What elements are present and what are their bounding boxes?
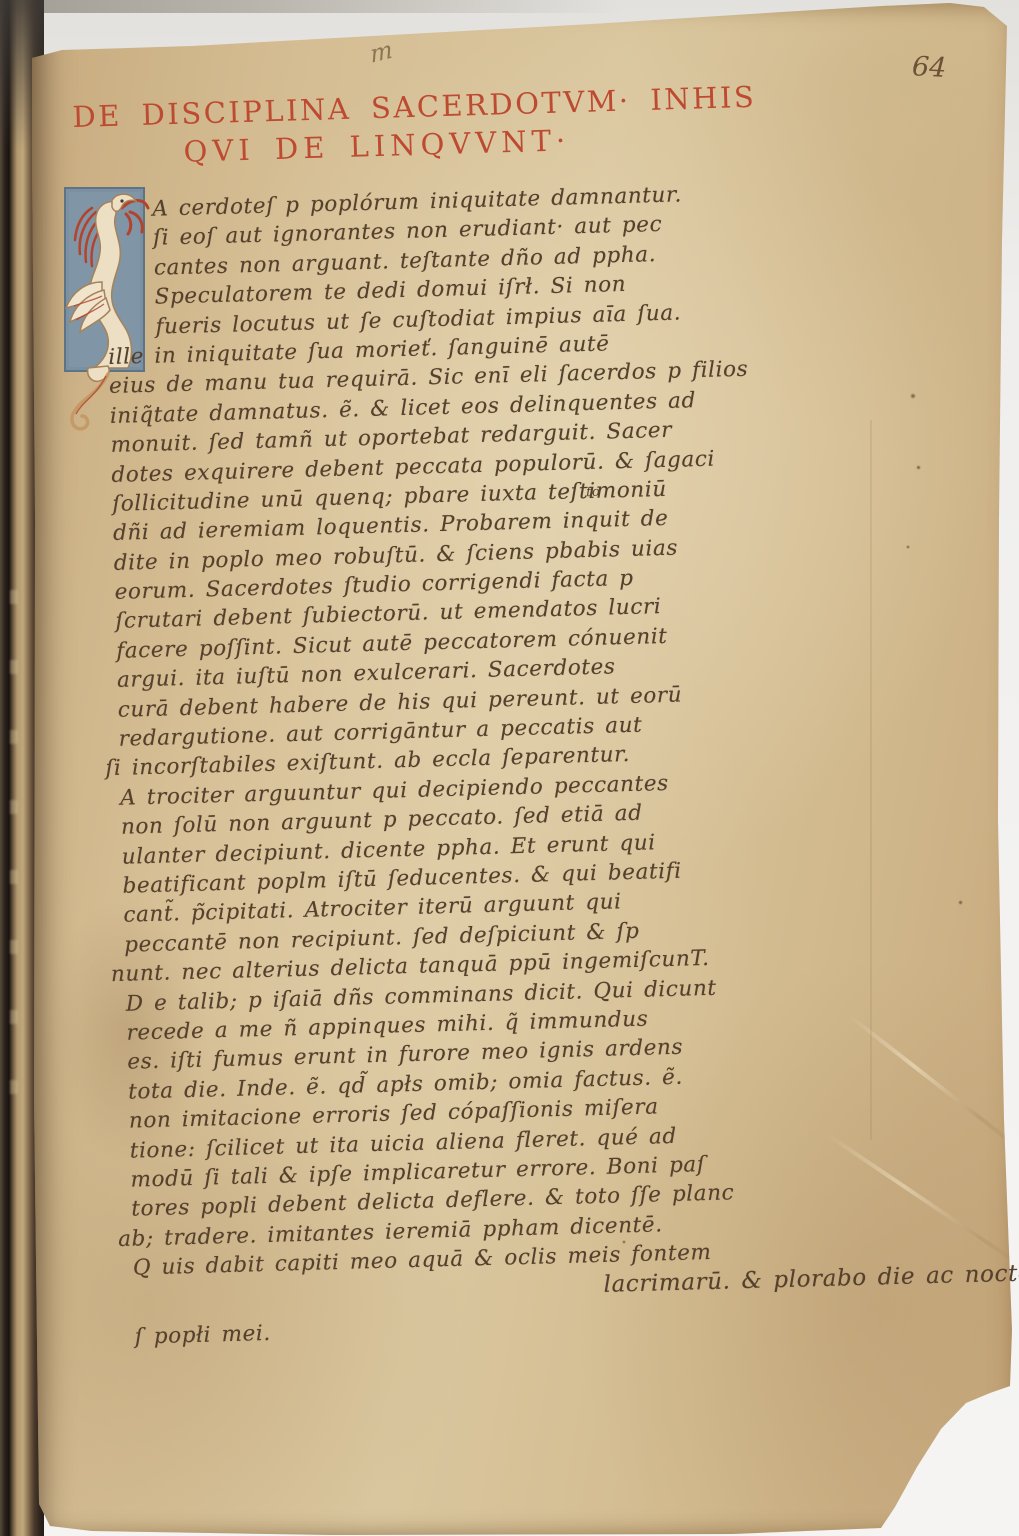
main-text-block: to A cerdoteſ p poplórum iniquitate damn… [104, 177, 915, 1355]
folio-number: 64 [911, 51, 947, 84]
ink-speck [910, 393, 916, 399]
ink-speck [916, 465, 921, 470]
board-edge [0, 0, 620, 13]
manuscript-page-photo: m 64 DE DISCIPLINA SACERDOTVM· INHIS QVI… [0, 0, 1019, 1536]
top-margin-mark: m [369, 35, 394, 69]
ink-speck [958, 900, 963, 905]
ink-speck [906, 545, 910, 549]
interlinear-correction: to [586, 485, 601, 500]
